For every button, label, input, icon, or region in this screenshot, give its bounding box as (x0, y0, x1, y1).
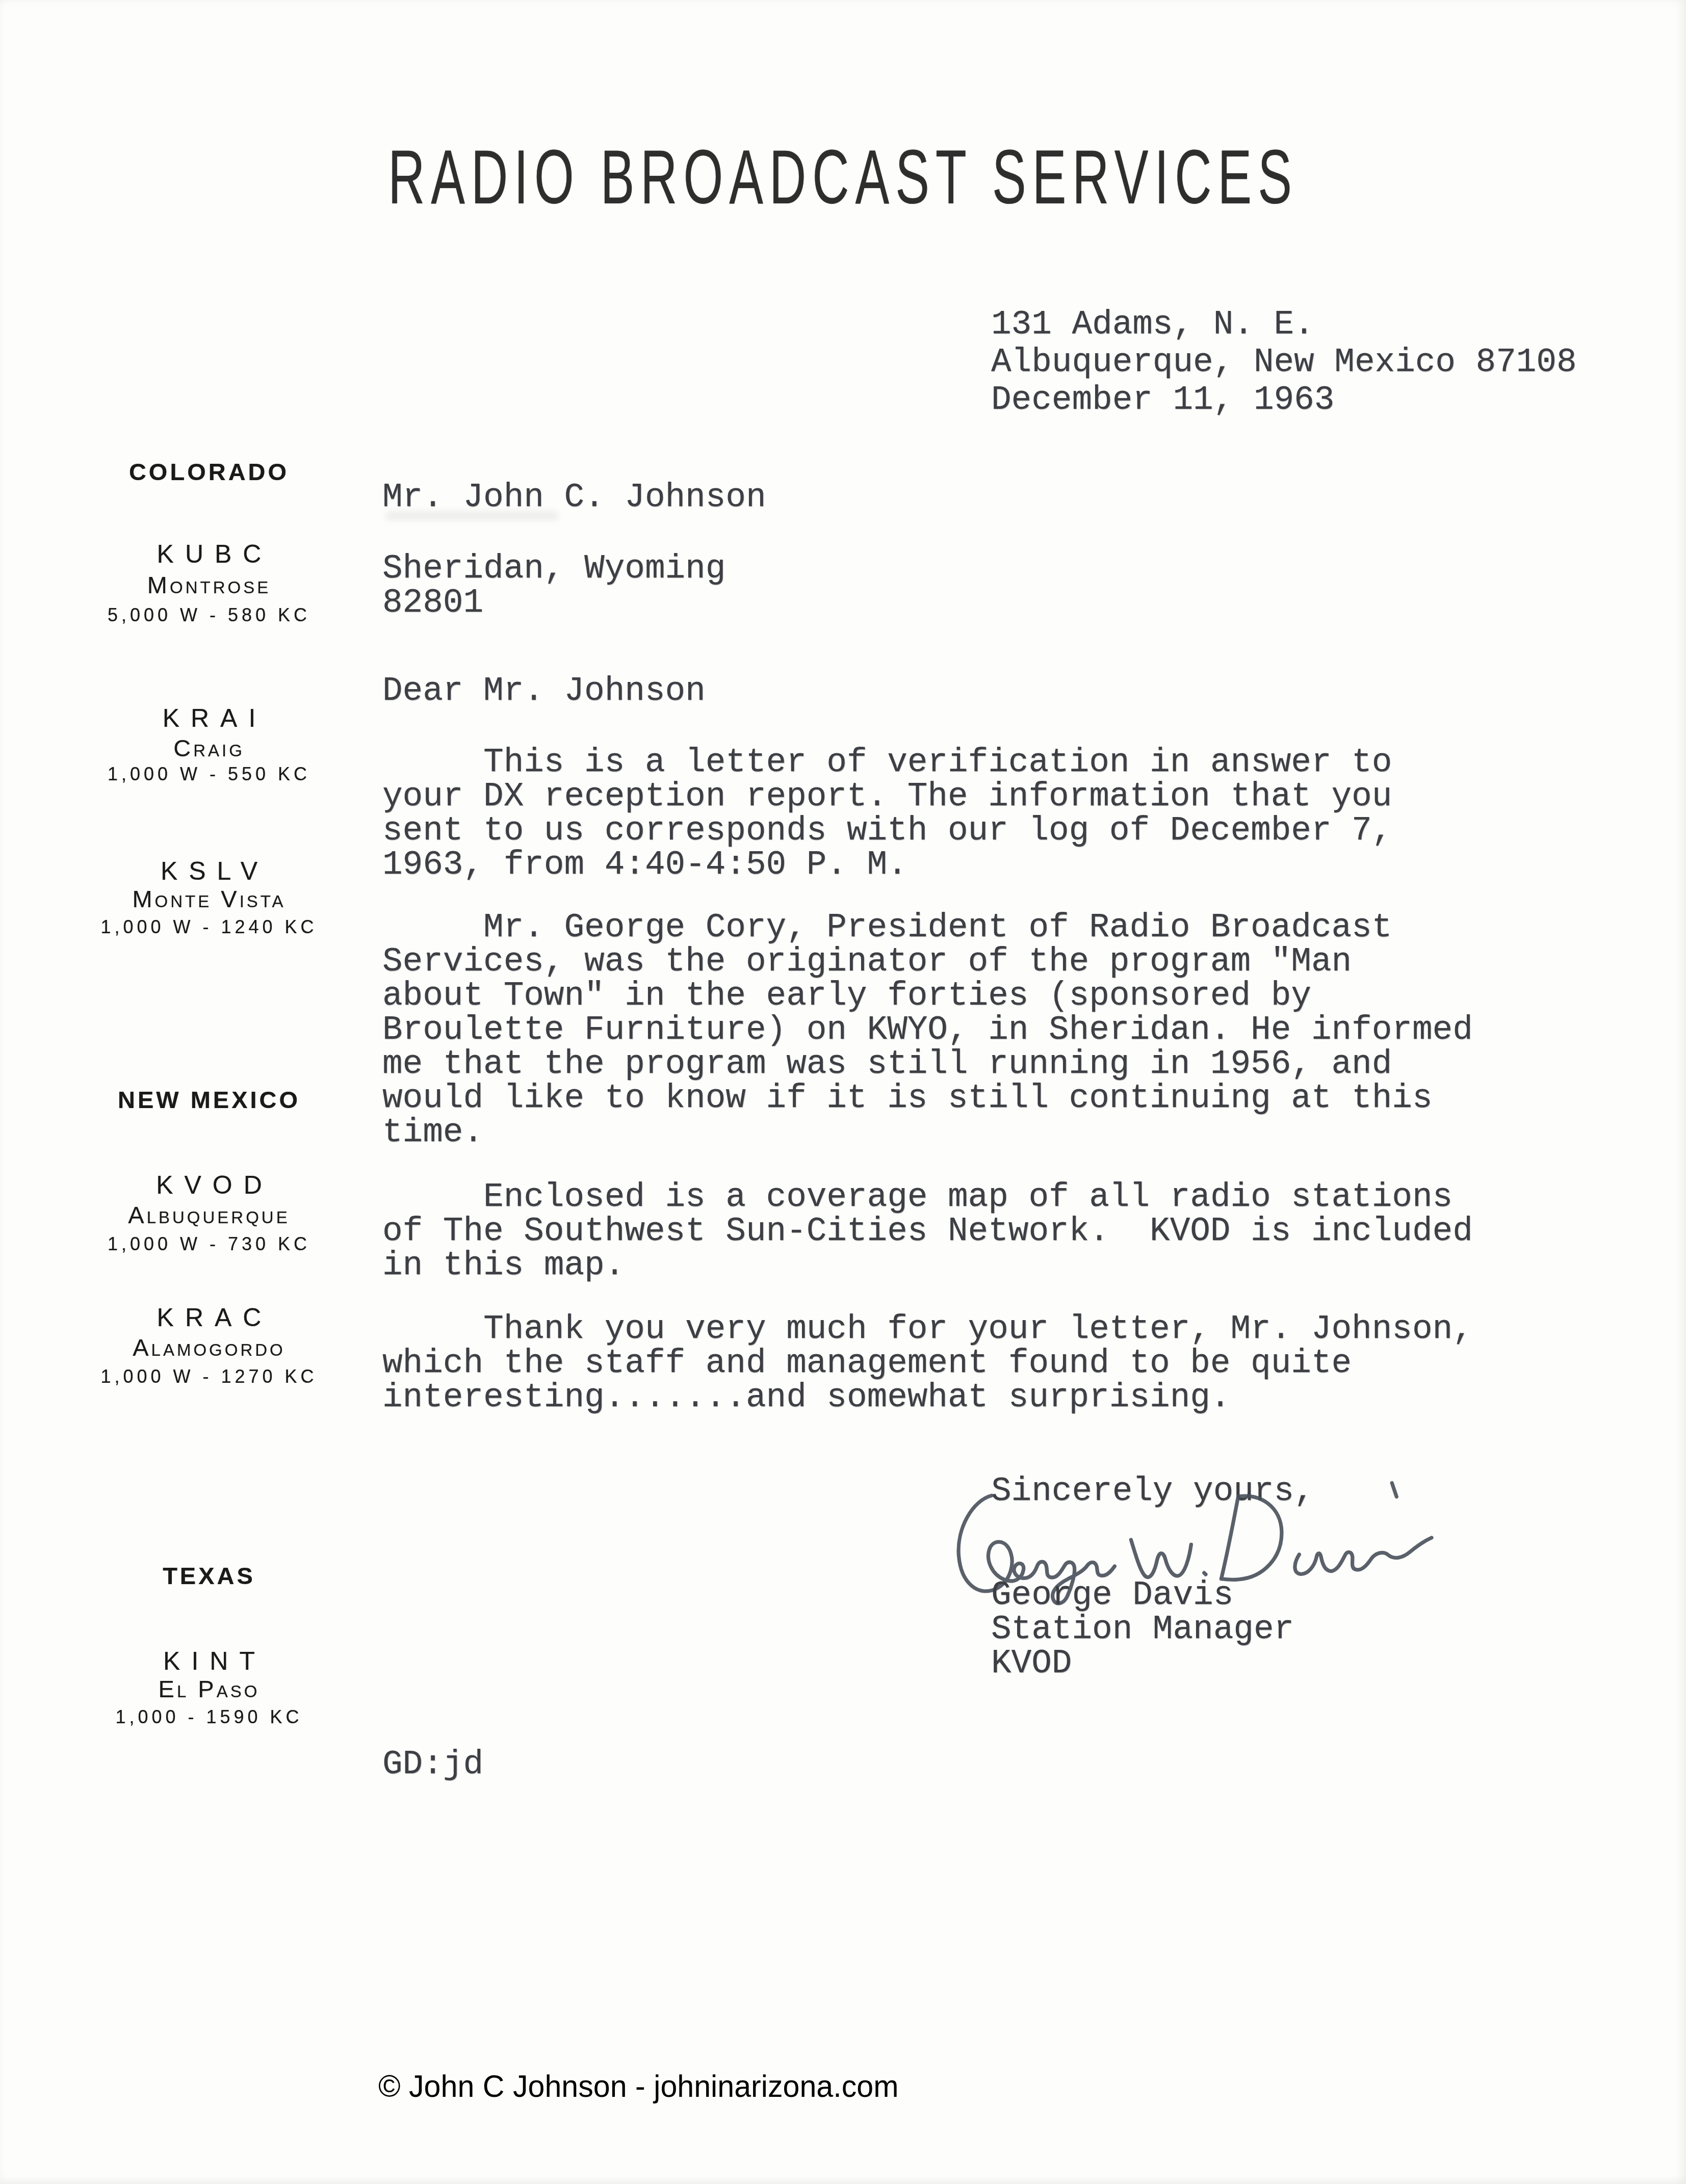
typist-initials: GD:jd (382, 1747, 483, 1781)
letter-scan-page: RADIO BROADCAST SERVICES COLORADO KUBC M… (0, 0, 1686, 2184)
recipient-city-zip: Sheridan, Wyoming 82801 (382, 551, 725, 620)
sidebar-station-call-krai: KRAI (76, 703, 342, 733)
sender-address-block: 131 Adams, N. E. Albuquerque, New Mexico… (991, 306, 1577, 419)
recipient-name: Mr. John C. Johnson (382, 480, 766, 514)
sidebar-station-power-kubc: 5,000 W - 580 KC (76, 604, 342, 626)
sidebar-state-new-mexico: NEW MEXICO (76, 1086, 342, 1114)
sidebar-station-city-kvod: Albuquerque (76, 1201, 342, 1229)
sidebar-state-colorado: COLORADO (76, 458, 342, 486)
body-paragraph-3: Enclosed is a coverage map of all radio … (382, 1180, 1473, 1282)
sidebar-station-power-kvod: 1,000 W - 730 KC (76, 1233, 342, 1255)
sidebar-station-city-kslv: Monte Vista (76, 885, 342, 913)
sidebar-station-power-kint: 1,000 - 1590 KC (76, 1706, 342, 1728)
copyright-credit: © John C Johnson - johninarizona.com (378, 2068, 898, 2104)
body-paragraph-1: This is a letter of verification in answ… (382, 745, 1392, 882)
body-paragraph-2: Mr. George Cory, President of Radio Broa… (382, 910, 1473, 1149)
sidebar-station-call-kint: KINT (76, 1646, 342, 1676)
sidebar-station-city-krai: Craig (76, 734, 342, 762)
sidebar-station-call-krac: KRAC (76, 1303, 342, 1332)
typed-signer-block: George Davis Station Manager KVOD (991, 1578, 1294, 1680)
sidebar-state-texas: TEXAS (76, 1562, 342, 1590)
body-paragraph-4: Thank you very much for your letter, Mr.… (382, 1312, 1473, 1414)
sidebar-station-power-kslv: 1,000 W - 1240 KC (76, 916, 342, 938)
sidebar-station-power-krai: 1,000 W - 550 KC (76, 764, 342, 785)
sidebar-station-city-kubc: Montrose (76, 571, 342, 599)
letterhead-title: RADIO BROADCAST SERVICES (388, 134, 1298, 222)
sidebar-station-call-kubc: KUBC (76, 539, 342, 569)
sidebar-station-city-kint: El Paso (76, 1675, 342, 1703)
salutation: Dear Mr. Johnson (382, 674, 706, 708)
erased-address-smudge (385, 511, 559, 521)
sidebar-station-city-krac: Alamogordo (76, 1333, 342, 1361)
sidebar-station-call-kvod: KVOD (76, 1170, 342, 1200)
sidebar-station-call-kslv: KSLV (76, 856, 342, 886)
sidebar-station-power-krac: 1,000 W - 1270 KC (76, 1366, 342, 1387)
